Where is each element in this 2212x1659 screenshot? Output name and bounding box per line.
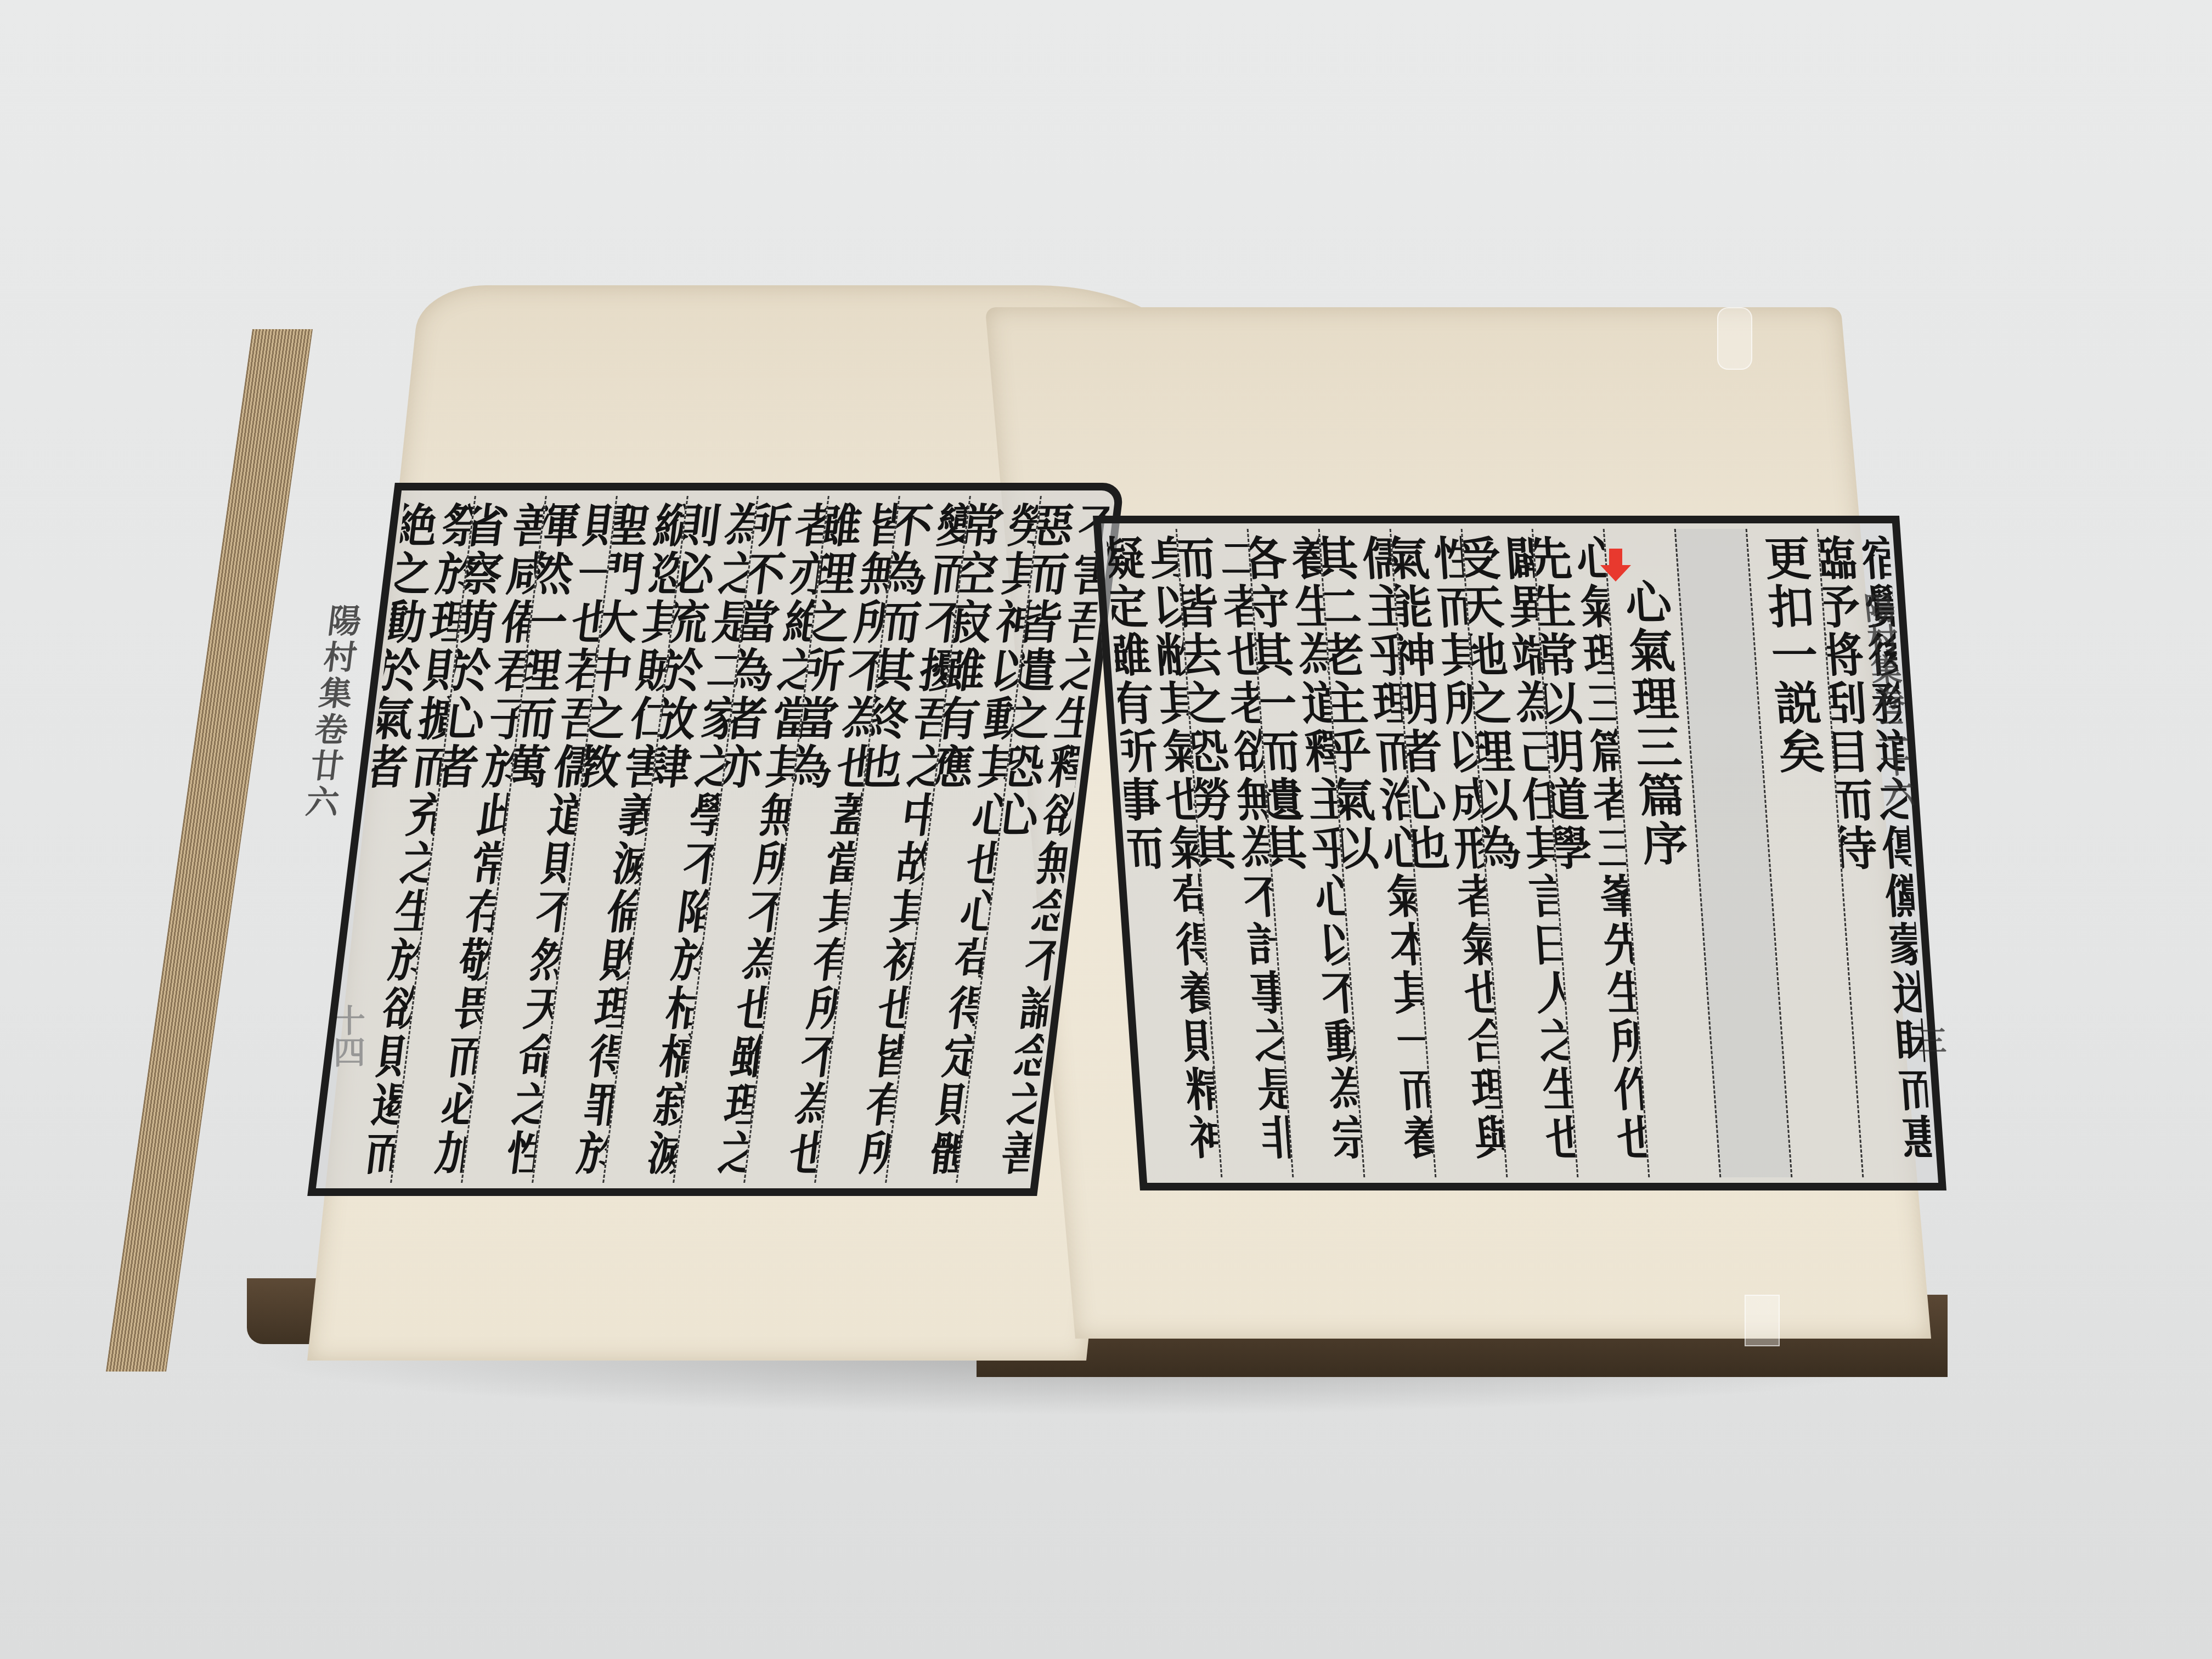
red-arrow-down-icon: [1599, 549, 1632, 582]
book-fore-edge-left: [106, 329, 313, 1372]
clear-tape-tab: [1745, 1295, 1780, 1346]
clear-tape-tab: [1717, 307, 1752, 370]
right-page-print-frame: 宿覺後務道之傳儻蒙迷眛而惠臨予將刮目而待 更扣一説矣 心氣理三篇序 心氣理三篇者…: [1093, 516, 1946, 1190]
left-page-print-frame: 不害吾之生釋欲無念不論念之善惡而皆遣之恐心 勞其神以動其心也心茍得定則體常空寂雖…: [307, 483, 1125, 1196]
right-margin-page-number: 三: [1909, 1026, 1950, 1054]
left-margin-book-title: 陽村集卷廿六: [294, 603, 368, 821]
